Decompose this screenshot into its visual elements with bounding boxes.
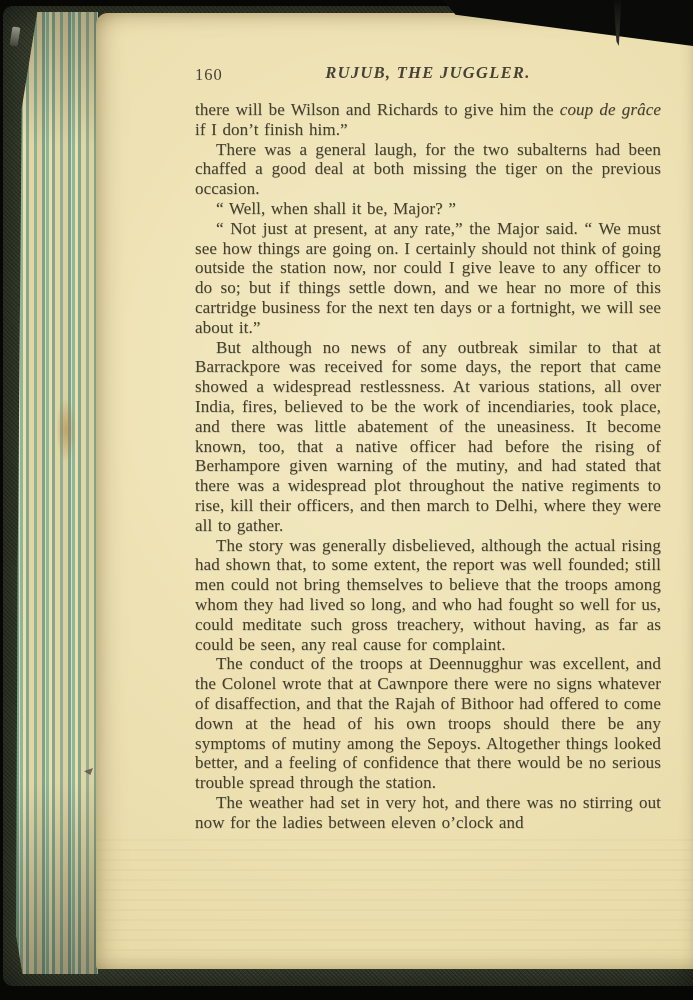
paragraph: But although no news of any outbreak sim… <box>195 338 661 536</box>
text-run: there will be Wilson and Richards to giv… <box>195 100 560 119</box>
text-run: The weather had set in very hot, and the… <box>195 793 661 832</box>
page-text: there will be Wilson and Richards to giv… <box>195 100 661 832</box>
book-photo: 160 RUJUB, THE JUGGLER. there will be Wi… <box>0 0 693 1000</box>
paragraph: “ Well, when shall it be, Major? ” <box>195 199 661 219</box>
page-header: 160 RUJUB, THE JUGGLER. <box>195 63 661 87</box>
page-surface: 160 RUJUB, THE JUGGLER. there will be Wi… <box>96 13 693 969</box>
page-edges-stack <box>16 12 98 974</box>
italic-phrase: coup de grâce <box>560 100 661 119</box>
text-run: There was a general laugh, for the two s… <box>195 140 661 199</box>
text-run: “ Not just at present, at any rate,” the… <box>195 219 661 337</box>
text-run: The conduct of the troops at Deennugghur… <box>195 654 661 792</box>
text-run: “ Well, when shall it be, Major? ” <box>216 199 456 218</box>
edge-smudge <box>56 398 76 462</box>
paragraph: The story was generally disbelieved, alt… <box>195 536 661 655</box>
page-number: 160 <box>195 65 223 85</box>
paragraph: “ Not just at present, at any rate,” the… <box>195 219 661 338</box>
paragraph: there will be Wilson and Richards to giv… <box>195 100 661 140</box>
paragraph: The conduct of the troops at Deennugghur… <box>195 654 661 793</box>
text-run: But although no news of any outbreak sim… <box>195 338 661 535</box>
paragraph: There was a general laugh, for the two s… <box>195 140 661 199</box>
paragraph: The weather had set in very hot, and the… <box>195 793 661 833</box>
text-run: The story was generally disbelieved, alt… <box>195 536 661 654</box>
running-title: RUJUB, THE JUGGLER. <box>195 63 661 83</box>
book-page: 160 RUJUB, THE JUGGLER. there will be Wi… <box>96 13 693 969</box>
text-run: if I don’t finish him.” <box>195 120 348 139</box>
